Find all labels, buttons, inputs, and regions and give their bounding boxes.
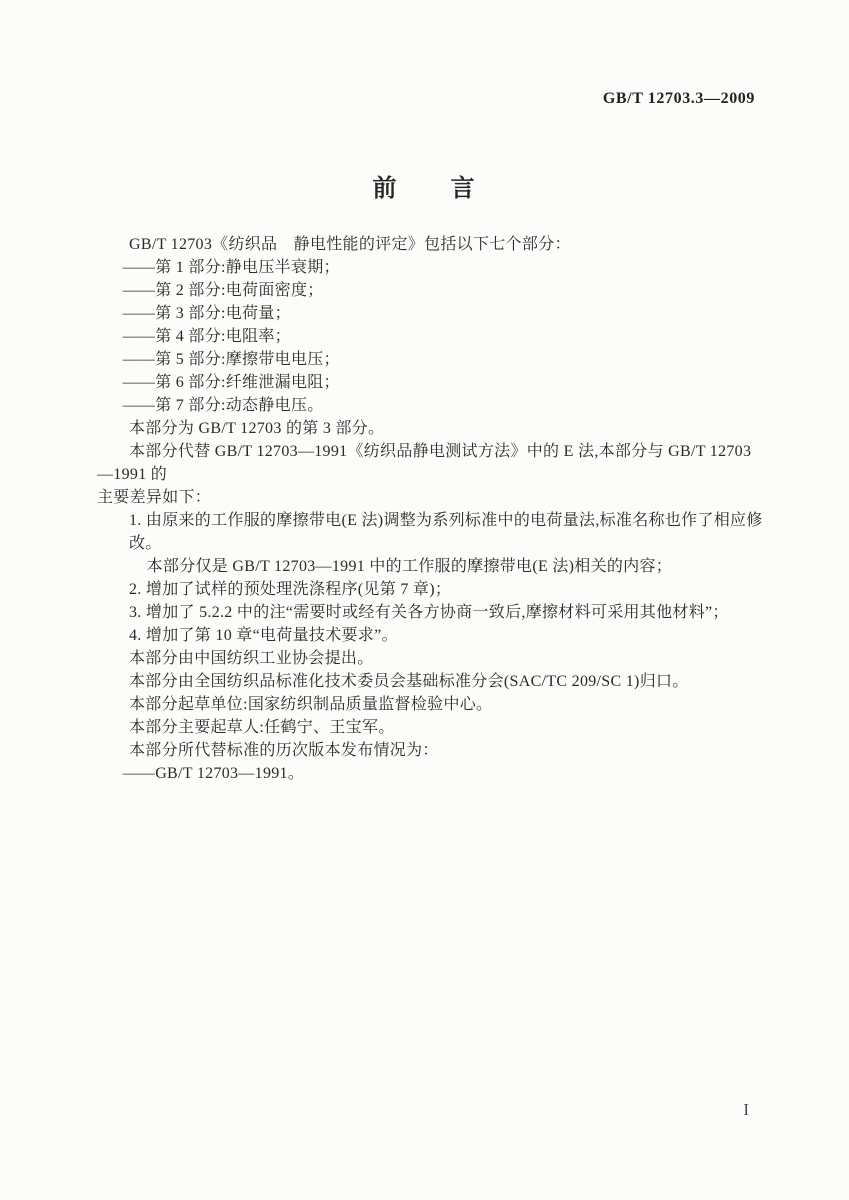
body-line: 本部分所代替标准的历次版本发布情况为： <box>97 739 765 762</box>
body-line: 本部分由全国纺织品标准化技术委员会基础标准分会(SAC/TC 209/SC 1)… <box>97 670 765 693</box>
body-line: 本部分为 GB/T 12703 的第 3 部分。 <box>97 417 765 440</box>
body-line: 本部分代替 GB/T 12703—1991《纺织品静电测试方法》中的 E 法,本… <box>97 440 765 486</box>
body-line: ——第 2 部分:电荷面密度； <box>97 279 765 302</box>
standard-code-header: GB/T 12703.3—2009 <box>603 90 755 108</box>
body-line: 4. 增加了第 10 章“电荷量技术要求”。 <box>97 624 765 647</box>
standard-document-page: GB/T 12703.3—2009 前 言 GB/T 12703《纺织品 静电性… <box>0 0 849 1200</box>
body-line: 本部分起草单位:国家纺织制品质量监督检验中心。 <box>97 693 765 716</box>
body-line: ——第 3 部分:电荷量； <box>97 302 765 325</box>
body-line: ——GB/T 12703—1991。 <box>97 762 765 785</box>
body-line: ——第 1 部分:静电压半衰期； <box>97 256 765 279</box>
body-line: ——第 5 部分:摩擦带电电压； <box>97 348 765 371</box>
body-line: 本部分主要起草人:任鹤宁、王宝军。 <box>97 716 765 739</box>
body-line: 本部分仅是 GB/T 12703—1991 中的工作服的摩擦带电(E 法)相关的… <box>97 555 765 578</box>
body-line: 主要差异如下： <box>97 486 765 509</box>
body-line: 3. 增加了 5.2.2 中的注“需要时或经有关各方协商一致后,摩擦材料可采用其… <box>97 601 765 624</box>
foreword-body: GB/T 12703《纺织品 静电性能的评定》包括以下七个部分：——第 1 部分… <box>97 233 765 785</box>
body-line: ——第 6 部分:纤维泄漏电阻； <box>97 371 765 394</box>
page-number: I <box>743 1100 749 1120</box>
body-line: GB/T 12703《纺织品 静电性能的评定》包括以下七个部分： <box>97 233 765 256</box>
body-line: 1. 由原来的工作服的摩擦带电(E 法)调整为系列标准中的电荷量法,标准名称也作… <box>97 509 765 555</box>
page-title: 前 言 <box>0 168 849 203</box>
body-line: 2. 增加了试样的预处理洗涤程序(见第 7 章)； <box>97 578 765 601</box>
body-line: 本部分由中国纺织工业协会提出。 <box>97 647 765 670</box>
body-line: ——第 4 部分:电阻率； <box>97 325 765 348</box>
body-line: ——第 7 部分:动态静电压。 <box>97 394 765 417</box>
